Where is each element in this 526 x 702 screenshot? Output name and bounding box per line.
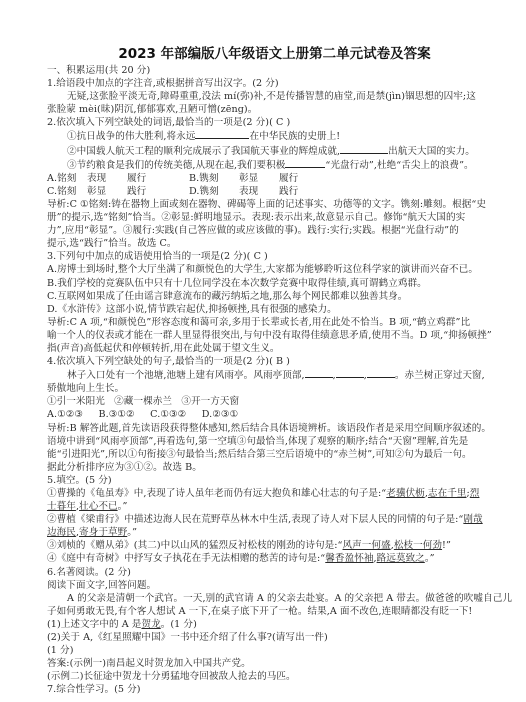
option: D.镌刻 — [189, 185, 229, 198]
option: 表现 — [239, 185, 269, 198]
question-6-sub-2-score: (1 分) — [47, 644, 502, 657]
answer-text: 馨香盈怀袖 — [325, 553, 373, 564]
analysis-line: 指(声音)高低起伏和停顿转折,用在此处属于望文生义。 — [47, 342, 502, 355]
question-5-item-2: ②曹植《梁甫行》中描述边海人民在荒野草丛林木中生活,表现了诗人对下层人民的同情的… — [47, 513, 502, 526]
question-1-stem: 1.给语段中加点的字注音,或根据拼音写出汉字。(2 分) — [47, 77, 502, 90]
analysis-line: 提示,选“践行”恰当。故选 C。 — [47, 237, 502, 250]
question-5-item-1-cont: 士暮年,壮心不已。” — [47, 500, 502, 513]
option: B.镌刻 — [189, 172, 229, 185]
question-2-options-row: C.铭刻彰显践行D.镌刻表现践行 — [47, 185, 502, 198]
option: C.铭刻 — [47, 185, 77, 198]
option: 践行 — [127, 185, 189, 198]
question-6-intro: 阅读下面文字,回答问题。 — [47, 579, 502, 592]
answer-text: 路远莫致之 — [377, 553, 425, 564]
analysis-line: 导析:C A 项,“和颜悦色”形容态度和蔼可亲,多用于长辈或长者,用在此处不恰当… — [47, 316, 502, 329]
analysis-line: 册”的提示,选“铭刻”恰当。②彰显:鲜明地显示。表现:表示出来,故意显示自己。修… — [47, 211, 502, 224]
prompt-text: ②曹植《梁甫行》中描述边海人民在荒野草丛林木中生活,表现了诗人对下层人民的同情的… — [47, 514, 463, 525]
answer-text: 松枝一何劲 — [394, 540, 442, 551]
question-6-stem: 6.名著阅读。(2 分) — [47, 566, 502, 579]
answer-text: 寄身于草野 — [79, 527, 127, 538]
question-2-sentence-1: ①抗日战争的伟大胜利,将永远在中华民族的史册上! — [47, 129, 502, 143]
question-2-sentence-3: ③节约粮食是我们的传统美德,从现在起,我们要积极“光盘行动”,杜绝“舌尖上的浪费… — [47, 158, 502, 172]
sentence-text: ②中国载人航天工程的顺利完成展示了我国航天事业的辉煌成就, — [67, 146, 340, 157]
analysis-line: 据此分析排序应为③①②。故选 B。 — [47, 461, 502, 474]
answer-text: 贺龙 — [141, 619, 160, 630]
prompt-text: ③刘桢的《赠从弟》(其二)中以山风的猛烈反衬松枝的刚劲的诗句是:“ — [47, 540, 343, 551]
analysis-line: 导析:C ①铭刻:铸在器物上面或刻在器物、碑碣等上面的记述事实、功德等的文字。镌… — [47, 198, 502, 211]
question-3-option-d: D.《水浒传》这部小说,情节跌宕起伏,抑扬顿挫,具有很强的感染力。 — [47, 303, 502, 316]
answer-line: (示例二)长征途中贺龙十分勇猛地夺回被敌人抢去的马匹。 — [47, 670, 502, 683]
question-5-item-4: ④《庭中有奇树》中抒写女子执花在手无法相赠的愁苦的诗句是:“馨香盈怀袖,路远莫致… — [47, 552, 502, 565]
answer-text: 老骥伏枥 — [386, 488, 425, 499]
answer-blank — [336, 368, 364, 378]
analysis-line: 喻一个人的仪表或才能在一群人里显得很突出,与句中没有取得佳绩意思矛盾,使用不当。… — [47, 329, 502, 342]
question-6-passage-line: 子如何勇敢无畏,有个客人想试 A 一下,在桌子底下开了一枪。结果,A 面不改色,… — [47, 605, 502, 618]
question-6-sub-1: (1)上述文字中的 A 是贺龙。(1 分) — [47, 618, 502, 631]
analysis-line: 语境中讲到“风雨亭顶部”,再看选句,第一空填③句最恰当,体现了观察的顺序;结合“… — [47, 435, 502, 448]
prompt-text: (1)上述文字中的 A 是 — [47, 619, 141, 630]
question-3-option-b: B.我们学校的竞赛队伍中只有十几位同学没在本次数学竞赛中取得佳绩,真可谓鹤立鸡群… — [47, 277, 502, 290]
document-title: 2023 年部编版八年级语文上册第二单元试卷及答案 — [47, 46, 502, 63]
question-5-item-1: ①曹操的《龟虽寿》中,表现了诗人虽年老而仍有远大抱负和雄心壮志的句子是:“老骥伏… — [47, 487, 502, 500]
answer-line: 答案:(示例一)南昌起义时贺龙加入中国共产党。 — [47, 657, 502, 670]
question-4-sentences: ①引一米阳光 ②藏一棵赤兰 ③开一方天窗 — [47, 395, 502, 408]
answer-text: 边海民 — [47, 527, 76, 538]
prompt-text: 。(1 分) — [161, 619, 197, 630]
sentence-text: ①抗日战争的伟大胜利,将永远 — [67, 131, 195, 142]
question-2-stem: 2.依次填入下列空缺处的词语,最恰当的一项是(2 分)( C ) — [47, 116, 502, 129]
option: 表现 — [87, 172, 117, 185]
question-1-paragraph-line: 无疑,这张脸平淡无奇,障碍重重,没法 mí(弥)补,不是传播智慧的庙堂,而是禁(… — [47, 90, 502, 103]
question-2-options-row: A.铭刻表现履行B.镌刻彰显履行 — [47, 172, 502, 185]
question-2-sentence-2: ②中国载人航天工程的顺利完成展示了我国航天事业的辉煌成就,出航天大国的实力。 — [47, 144, 502, 158]
question-4-passage-end: 骄傲地向上生长。 — [47, 382, 502, 395]
answer-text: 烈 — [470, 488, 480, 499]
question-6-sub-2: (2)关于 A,《红星照耀中国》一书中还介绍了什么事?(请写出一件) — [47, 631, 502, 644]
question-5-item-3: ③刘桢的《赠从弟》(其二)中以山风的猛烈反衬松枝的刚劲的诗句是:“风声一何盛,松… — [47, 539, 502, 552]
sentence-text: ③节约粮食是我们的传统美德,从现在起,我们要积极 — [67, 160, 285, 171]
question-7-stem: 7.综合性学习。(5 分) — [47, 683, 502, 696]
prompt-text: ①曹操的《龟虽寿》中,表现了诗人虽年老而仍有远大抱负和雄心壮志的句子是:“ — [47, 488, 386, 499]
analysis-line: 力”,应用“彰显”。③履行:实践(自己答应做的或应该做的事)。践行:实行;实践。… — [47, 224, 502, 237]
option: 彰显 — [87, 185, 117, 198]
sentence-text: “光盘行动”,杜绝“舌尖上的浪费”。 — [325, 160, 473, 171]
analysis-line: 能“引进阳光”,所以①句衔接③句最恰当;然后结合第三空后语境中的“赤兰树”,可知… — [47, 448, 502, 461]
question-5-item-2-cont: 边海民,寄身于草野。” — [47, 526, 502, 539]
passage-text: 林子入口处有一个池塘,池塘上建有风雨亭。风雨亭顶部, — [67, 370, 305, 381]
question-4-options: A.①②③ B.③①② C.①③② D.②③① — [47, 408, 502, 421]
exam-document: 2023 年部编版八年级语文上册第二单元试卷及答案 一、积累运用(共 20 分)… — [47, 46, 502, 697]
option: A.铭刻 — [47, 172, 77, 185]
answer-text: 士暮年 — [47, 501, 76, 512]
answer-text: 志在千里 — [428, 488, 467, 499]
answer-blank — [367, 368, 395, 378]
question-5-stem: 5.填空。(5 分) — [47, 474, 502, 487]
prompt-text: ④《庭中有奇树》中抒写女子执花在手无法相赠的愁苦的诗句是:“ — [47, 553, 325, 564]
answer-text: 壮心不已 — [79, 501, 118, 512]
option: 履行 — [127, 172, 189, 185]
question-4-stem: 4.依次填入下列空缺处的句子,最恰当的一项是(2 分)( B ) — [47, 355, 502, 368]
question-6-passage-line: A 的父亲是清朝一个武官。一天,别的武官请 A 的父亲去赴宴。A 的父亲把 A … — [47, 592, 502, 605]
answer-text: 剧哉 — [463, 514, 482, 525]
answer-blank — [285, 158, 325, 168]
answer-text: 风声一何盛 — [343, 540, 391, 551]
analysis-line: 导析:B 解答此题,首先读语段获得整体感知,然后结合具体语境辨析。该语段作者是采… — [47, 422, 502, 435]
question-3-stem: 3.下列句中加点的成语使用恰当的一项是(2 分)( C ) — [47, 250, 502, 263]
question-3-option-c: C.互联网如果成了任由谣言肆意流布的藏污纳垢之地,那么每个网民都难以独善其身。 — [47, 290, 502, 303]
sentence-text: 在中华民族的史册上! — [249, 131, 340, 142]
passage-text: 。赤兰树正穿过天窗, — [395, 370, 485, 381]
answer-blank — [340, 144, 388, 154]
option: 彰显 — [239, 172, 269, 185]
answer-blank — [195, 129, 249, 139]
section-heading: 一、积累运用(共 20 分) — [47, 64, 502, 77]
question-1-paragraph-line: 张脸蒙 mèi(昧)阴沉,郁郁寡欢,丑陋可憎(zēng)。 — [47, 103, 502, 116]
option: 履行 — [279, 172, 298, 185]
question-3-option-a: A.房博士到场时,整个大厅坐满了和颜悦色的大学生,大家都为能够聆听这位科学家的演… — [47, 263, 502, 276]
answer-blank — [305, 368, 333, 378]
question-4-passage: 林子入口处有一个池塘,池塘上建有风雨亭。风雨亭顶部,,,。赤兰树正穿过天窗, — [47, 368, 502, 382]
option: 践行 — [279, 185, 298, 198]
sentence-text: 出航天大国的实力。 — [388, 146, 475, 157]
